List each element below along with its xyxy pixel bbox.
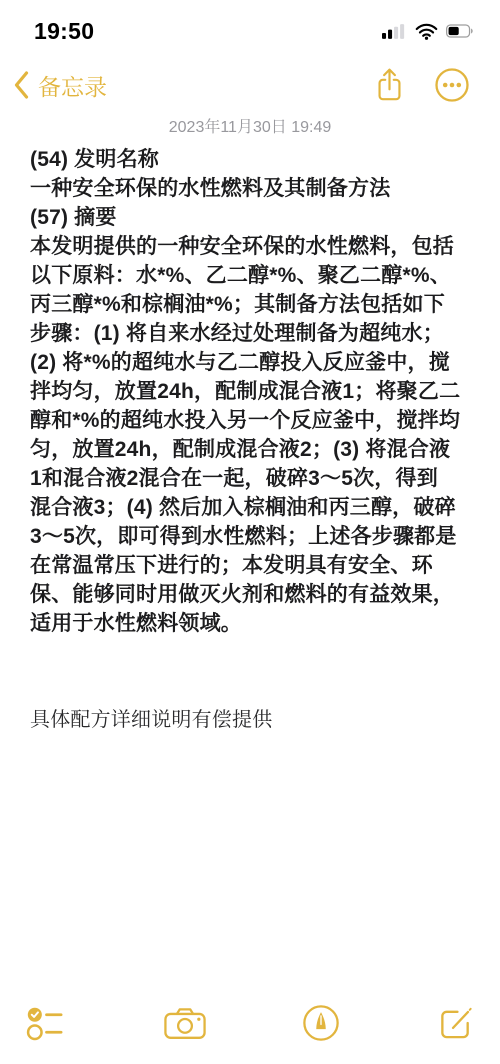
- status-icons: [382, 23, 474, 40]
- back-button-label: 备忘录: [38, 69, 107, 102]
- compose-button[interactable]: [437, 1005, 474, 1042]
- note-date: 2023年11月30日 19:49: [0, 114, 500, 137]
- share-icon: [375, 67, 404, 103]
- back-button[interactable]: 备忘录: [14, 69, 107, 102]
- nav-bar: 备忘录: [0, 46, 500, 106]
- checklist-icon: [26, 1005, 67, 1042]
- wifi-icon: [415, 23, 438, 40]
- cellular-signal-icon: [382, 24, 407, 39]
- compose-icon: [437, 1005, 474, 1042]
- checklist-button[interactable]: [26, 1005, 67, 1042]
- more-options-button[interactable]: [434, 67, 470, 103]
- share-button[interactable]: [375, 67, 404, 103]
- battery-icon: [446, 24, 474, 38]
- markup-pen-icon: [302, 1004, 340, 1042]
- camera-icon: [164, 1007, 206, 1040]
- bottom-toolbar: [0, 1004, 500, 1042]
- status-bar: 19:50: [0, 0, 500, 46]
- note-body-text[interactable]: (54) 发明名称 一种安全环保的水性燃料及其制备方法 (57) 摘要 本发明提…: [30, 145, 474, 638]
- note-content[interactable]: (54) 发明名称 一种安全环保的水性燃料及其制备方法 (57) 摘要 本发明提…: [0, 137, 500, 734]
- status-time: 19:50: [34, 18, 94, 45]
- more-options-icon: [434, 67, 470, 103]
- note-footer-text[interactable]: 具体配方详细说明有偿提供: [30, 706, 474, 734]
- camera-button[interactable]: [164, 1007, 206, 1040]
- nav-actions: [375, 67, 470, 103]
- markup-button[interactable]: [302, 1004, 340, 1042]
- chevron-left-icon: [14, 71, 29, 99]
- notes-app-screen: 19:50: [0, 0, 500, 1064]
